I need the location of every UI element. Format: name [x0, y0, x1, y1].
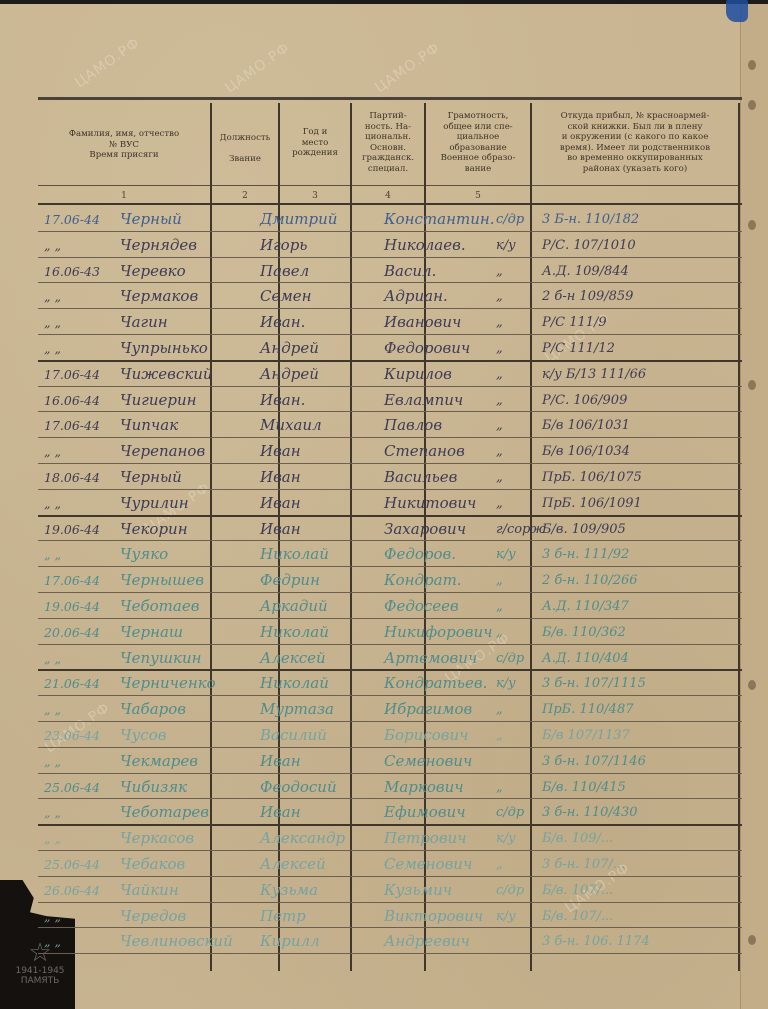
row-rule: [38, 876, 742, 877]
row-party-note: „: [496, 469, 503, 486]
row-first-name: Иван: [260, 804, 301, 821]
column-header-party-nationality: Партий-ность. На-циональн.Основн.граждан…: [352, 103, 426, 201]
row-rule: [38, 850, 742, 851]
row-party-note: к/у: [496, 237, 516, 254]
row-party-note: с/др: [496, 211, 524, 228]
row-oath-date: „ „: [44, 908, 61, 925]
row-surname: Чусов: [120, 727, 166, 744]
row-oath-date: 23.06-44: [44, 727, 100, 744]
row-surname: Черниченко: [120, 675, 216, 692]
row-origin-record: Б/в 106/1034: [542, 443, 630, 460]
row-first-name: Иван: [260, 753, 301, 770]
row-party-note: „: [496, 572, 503, 589]
column-divider: [738, 103, 740, 971]
binding-margin: [740, 4, 768, 1009]
row-patronymic: Адриан.: [384, 288, 448, 305]
row-origin-record: Б/в. 109/...: [542, 830, 613, 847]
row-origin-record: А.Д. 110/404: [542, 650, 629, 667]
row-origin-record: А.Д. 110/347: [542, 598, 629, 615]
row-patronymic: Ибрагимов: [384, 701, 472, 718]
row-surname: Чекорин: [120, 521, 188, 538]
row-patronymic: Федоров.: [384, 546, 456, 563]
row-party-note: „: [496, 314, 503, 331]
row-first-name: Иван.: [260, 392, 305, 409]
row-oath-date: „ „: [44, 701, 61, 718]
binding-hole: [748, 380, 756, 390]
column-divider: [350, 103, 352, 971]
row-origin-record: к/у Б/13 111/66: [542, 366, 646, 383]
row-origin-record: А.Д. 109/844: [542, 263, 629, 280]
row-first-name: Алексей: [260, 650, 326, 667]
row-first-name: Петр: [260, 908, 306, 925]
row-first-name: Кирилл: [260, 933, 320, 950]
row-patronymic: Васил.: [384, 263, 436, 280]
row-first-name: Михаил: [260, 417, 322, 434]
row-rule: [38, 902, 742, 903]
row-oath-date: 25.06-44: [44, 856, 100, 873]
row-party-note: „: [496, 417, 503, 434]
row-first-name: Муртаза: [260, 701, 334, 718]
row-rule: [38, 334, 742, 335]
binding-hole: [748, 60, 756, 70]
row-oath-date: „ „: [44, 804, 61, 821]
row-surname: Чабаров: [120, 701, 186, 718]
row-surname: Чеботарев: [120, 804, 209, 821]
row-first-name: Николай: [260, 624, 329, 641]
row-first-name: Александр: [260, 830, 345, 847]
row-surname: Чибизяк: [120, 779, 187, 796]
row-oath-date: „ „: [44, 753, 61, 770]
row-oath-date: „ „: [44, 443, 61, 460]
row-party-note: „: [496, 443, 503, 460]
row-rule: [38, 231, 742, 232]
row-first-name: Кузьма: [260, 882, 318, 899]
row-patronymic: Степанов: [384, 443, 465, 460]
row-rule: [38, 463, 742, 464]
row-party-note: „: [496, 701, 503, 718]
row-patronymic: Никифорович: [384, 624, 493, 641]
row-first-name: Федрин: [260, 572, 320, 589]
row-patronymic: Маркович: [384, 779, 464, 796]
row-first-name: Иван: [260, 469, 301, 486]
row-patronymic: Петрович: [384, 830, 467, 847]
row-surname: Чепушкин: [120, 650, 202, 667]
row-patronymic: Федорович: [384, 340, 470, 357]
row-patronymic: Кирилов: [384, 366, 452, 383]
row-surname: Черкасов: [120, 830, 194, 847]
row-patronymic: Семенович: [384, 753, 472, 770]
row-party-note: „: [496, 392, 503, 409]
row-origin-record: Б/в. 107/...: [542, 908, 613, 925]
row-patronymic: Борисович: [384, 727, 468, 744]
row-rule: [38, 721, 742, 722]
row-rule: [38, 773, 742, 774]
row-first-name: Иван: [260, 495, 301, 512]
column-header-label: Год иместорождения: [280, 103, 350, 159]
row-surname: Чермаков: [120, 288, 198, 305]
row-surname: Чернядев: [120, 237, 197, 254]
row-oath-date: 19.06-44: [44, 598, 100, 615]
row-rule: [38, 824, 742, 826]
row-origin-record: Б/в. 107/...: [542, 882, 613, 899]
row-rule: [38, 437, 742, 438]
row-rule: [38, 618, 742, 619]
row-oath-date: „ „: [44, 288, 61, 305]
row-party-note: „: [496, 288, 503, 305]
row-first-name: Андрей: [260, 366, 319, 383]
row-origin-record: 3 б-н. 107/...: [542, 856, 625, 873]
row-patronymic: Васильев: [384, 469, 457, 486]
row-rule: [38, 411, 742, 412]
row-surname: Чайкин: [120, 882, 179, 899]
row-rule: [38, 566, 742, 567]
row-patronymic: Иванович: [384, 314, 461, 331]
row-origin-record: Б/в 107/1137: [542, 727, 630, 744]
row-surname: Чернышев: [120, 572, 204, 589]
row-oath-date: 20.06-44: [44, 624, 100, 641]
row-oath-date: 16.06-44: [44, 392, 100, 409]
row-party-note: „: [496, 366, 503, 383]
row-patronymic: Павлов: [384, 417, 442, 434]
row-oath-date: 16.06-43: [44, 263, 100, 280]
row-first-name: Николай: [260, 546, 329, 563]
row-oath-date: 25.06-44: [44, 779, 100, 796]
column-header-full-name: Фамилия, имя, отчество№ ВУСВремя присяги…: [38, 103, 212, 201]
row-origin-record: Б/в. 110/415: [542, 779, 626, 796]
row-party-note: с/др: [496, 650, 524, 667]
row-rule: [38, 669, 742, 671]
row-surname: Чагин: [120, 314, 168, 331]
row-surname: Черный: [120, 469, 182, 486]
row-origin-record: Б/в 106/1031: [542, 417, 630, 434]
row-patronymic: Захарович: [384, 521, 466, 538]
column-header-education: Грамотность,общее или спе-циальноеобразо…: [426, 103, 532, 201]
row-origin-record: Р/С. 106/909: [542, 392, 627, 409]
row-rule: [38, 644, 742, 645]
row-first-name: Николай: [260, 675, 329, 692]
row-patronymic: Андреевич: [384, 933, 470, 950]
row-patronymic: Николаев.: [384, 237, 466, 254]
binding-hole: [748, 680, 756, 690]
row-rule: [38, 592, 742, 593]
row-first-name: Павел: [260, 263, 309, 280]
row-oath-date: „ „: [44, 495, 61, 512]
row-party-note: к/у: [496, 908, 516, 925]
row-surname: Чипчак: [120, 417, 178, 434]
row-first-name: Алексей: [260, 856, 326, 873]
row-oath-date: 17.06-44: [44, 417, 100, 434]
row-party-note: с/др: [496, 804, 524, 821]
row-rule: [38, 257, 742, 258]
row-party-note: к/у: [496, 675, 516, 692]
column-header-origin: Откуда прибыл, № красноармей-ской книжки…: [532, 103, 740, 201]
row-origin-record: 2 б-н 109/859: [542, 288, 633, 305]
row-rule: [38, 695, 742, 696]
row-surname: Чебаков: [120, 856, 185, 873]
row-oath-date: 19.06-44: [44, 521, 100, 538]
row-oath-date: „ „: [44, 340, 61, 357]
row-surname: Черепанов: [120, 443, 205, 460]
row-party-note: „: [496, 856, 503, 873]
row-party-note: „: [496, 727, 503, 744]
row-patronymic: Константин.: [384, 211, 495, 228]
row-oath-date: 26.06-44: [44, 882, 100, 899]
row-surname: Чередов: [120, 908, 186, 925]
row-party-note: г/сорж: [496, 521, 545, 538]
row-first-name: Дмитрий: [260, 211, 337, 228]
row-party-note: „: [496, 598, 503, 615]
row-rule: [38, 386, 742, 387]
blue-ink-mark: [726, 0, 748, 22]
row-rule: [38, 747, 742, 748]
binding-hole: [748, 220, 756, 230]
row-patronymic: Кондратьев.: [384, 675, 487, 692]
row-surname: Чеботаев: [120, 598, 199, 615]
memory-logo: ☆ 1941-1945 ПАМЯТЬ: [10, 940, 70, 986]
row-rule: [38, 540, 742, 541]
row-origin-record: Р/С 111/9: [542, 314, 607, 331]
row-origin-record: 3 б-н. 106. 1174: [542, 933, 650, 950]
row-origin-record: 2 б-н. 110/266: [542, 572, 638, 589]
row-origin-record: 3 Б-н. 110/182: [542, 211, 639, 228]
row-party-note: „: [496, 340, 503, 357]
row-rule: [38, 953, 742, 954]
row-surname: Чевлиновский: [120, 933, 233, 950]
row-patronymic: Ефимович: [384, 804, 466, 821]
row-party-note: „: [496, 779, 503, 796]
header-bottom-rule: [38, 203, 742, 205]
column-header-label: Фамилия, имя, отчество№ ВУСВремя присяги: [38, 103, 210, 161]
row-oath-date: 17.06-44: [44, 572, 100, 589]
row-oath-date: 21.06-44: [44, 675, 100, 692]
row-origin-record: ПрБ. 106/1075: [542, 469, 642, 486]
row-patronymic: Федосеев: [384, 598, 459, 615]
column-divider: [210, 103, 212, 971]
column-header-label: ДолжностьЗвание: [212, 103, 278, 165]
row-rule: [38, 308, 742, 309]
row-origin-record: ПрБ. 106/1091: [542, 495, 642, 512]
row-surname: Чупрынько: [120, 340, 208, 357]
row-origin-record: ПрБ. 110/487: [542, 701, 633, 718]
row-rule: [38, 282, 742, 283]
row-first-name: Игорь: [260, 237, 307, 254]
row-first-name: Аркадий: [260, 598, 328, 615]
row-patronymic: Никитович: [384, 495, 476, 512]
row-origin-record: 3 б-н. 107/1115: [542, 675, 646, 692]
row-party-note: к/у: [496, 830, 516, 847]
row-party-note: „: [496, 495, 503, 512]
row-origin-record: Б/в. 110/362: [542, 624, 626, 641]
row-surname: Чигиерин: [120, 392, 197, 409]
row-oath-date: „ „: [44, 237, 61, 254]
row-first-name: Иван.: [260, 314, 305, 331]
row-patronymic: Артемович: [384, 650, 477, 667]
row-surname: Чуяко: [120, 546, 168, 563]
row-origin-record: Р/С. 107/1010: [542, 237, 636, 254]
row-first-name: Иван: [260, 521, 301, 538]
column-header-label: Откуда прибыл, № красноармей-ской книжки…: [532, 103, 738, 175]
binding-hole: [748, 935, 756, 945]
row-oath-date: „ „: [44, 933, 61, 950]
table-top-rule: [38, 97, 742, 100]
row-rule: [38, 360, 742, 362]
row-surname: Чижевский: [120, 366, 213, 383]
row-first-name: Василий: [260, 727, 327, 744]
row-patronymic: Евлампич: [384, 392, 463, 409]
column-header-label: Партий-ность. На-циональн.Основн.граждан…: [352, 103, 424, 175]
row-oath-date: „ „: [44, 546, 61, 563]
row-first-name: Иван: [260, 443, 301, 460]
row-party-note: „: [496, 624, 503, 641]
row-oath-date: 17.06-44: [44, 366, 100, 383]
row-first-name: Феодосий: [260, 779, 337, 796]
row-rule: [38, 489, 742, 490]
row-oath-date: 18.06-44: [44, 469, 100, 486]
row-first-name: Андрей: [260, 340, 319, 357]
row-surname: Чекмарев: [120, 753, 198, 770]
row-patronymic: Семенович: [384, 856, 472, 873]
row-origin-record: Р/С 111/12: [542, 340, 615, 357]
row-oath-date: „ „: [44, 650, 61, 667]
row-patronymic: Кузьмич: [384, 882, 452, 899]
row-origin-record: Б/в. 109/905: [542, 521, 626, 538]
column-header-label: Грамотность,общее или спе-циальноеобразо…: [426, 103, 530, 175]
row-surname: Чурилин: [120, 495, 189, 512]
row-origin-record: 3 б-н. 110/430: [542, 804, 638, 821]
row-oath-date: „ „: [44, 830, 61, 847]
row-origin-record: 3 б-н. 111/92: [542, 546, 629, 563]
row-party-note: с/др: [496, 882, 524, 899]
row-surname: Черевко: [120, 263, 186, 280]
row-rule: [38, 798, 742, 799]
row-rule: [38, 927, 742, 928]
row-patronymic: Кондрат.: [384, 572, 462, 589]
row-origin-record: 3 б-н. 107/1146: [542, 753, 646, 770]
binding-hole: [748, 100, 756, 110]
row-patronymic: Викторович: [384, 908, 483, 925]
row-oath-date: „ „: [44, 314, 61, 331]
row-oath-date: 17.06-44: [44, 211, 100, 228]
row-rule: [38, 515, 742, 517]
row-party-note: „: [496, 263, 503, 280]
row-party-note: к/у: [496, 546, 516, 563]
row-first-name: Семен: [260, 288, 312, 305]
column-header-position-rank: ДолжностьЗвание 2: [212, 103, 280, 201]
row-surname: Черный: [120, 211, 182, 228]
column-header-birth: Год иместорождения 3: [280, 103, 352, 201]
row-surname: Чернаш: [120, 624, 183, 641]
